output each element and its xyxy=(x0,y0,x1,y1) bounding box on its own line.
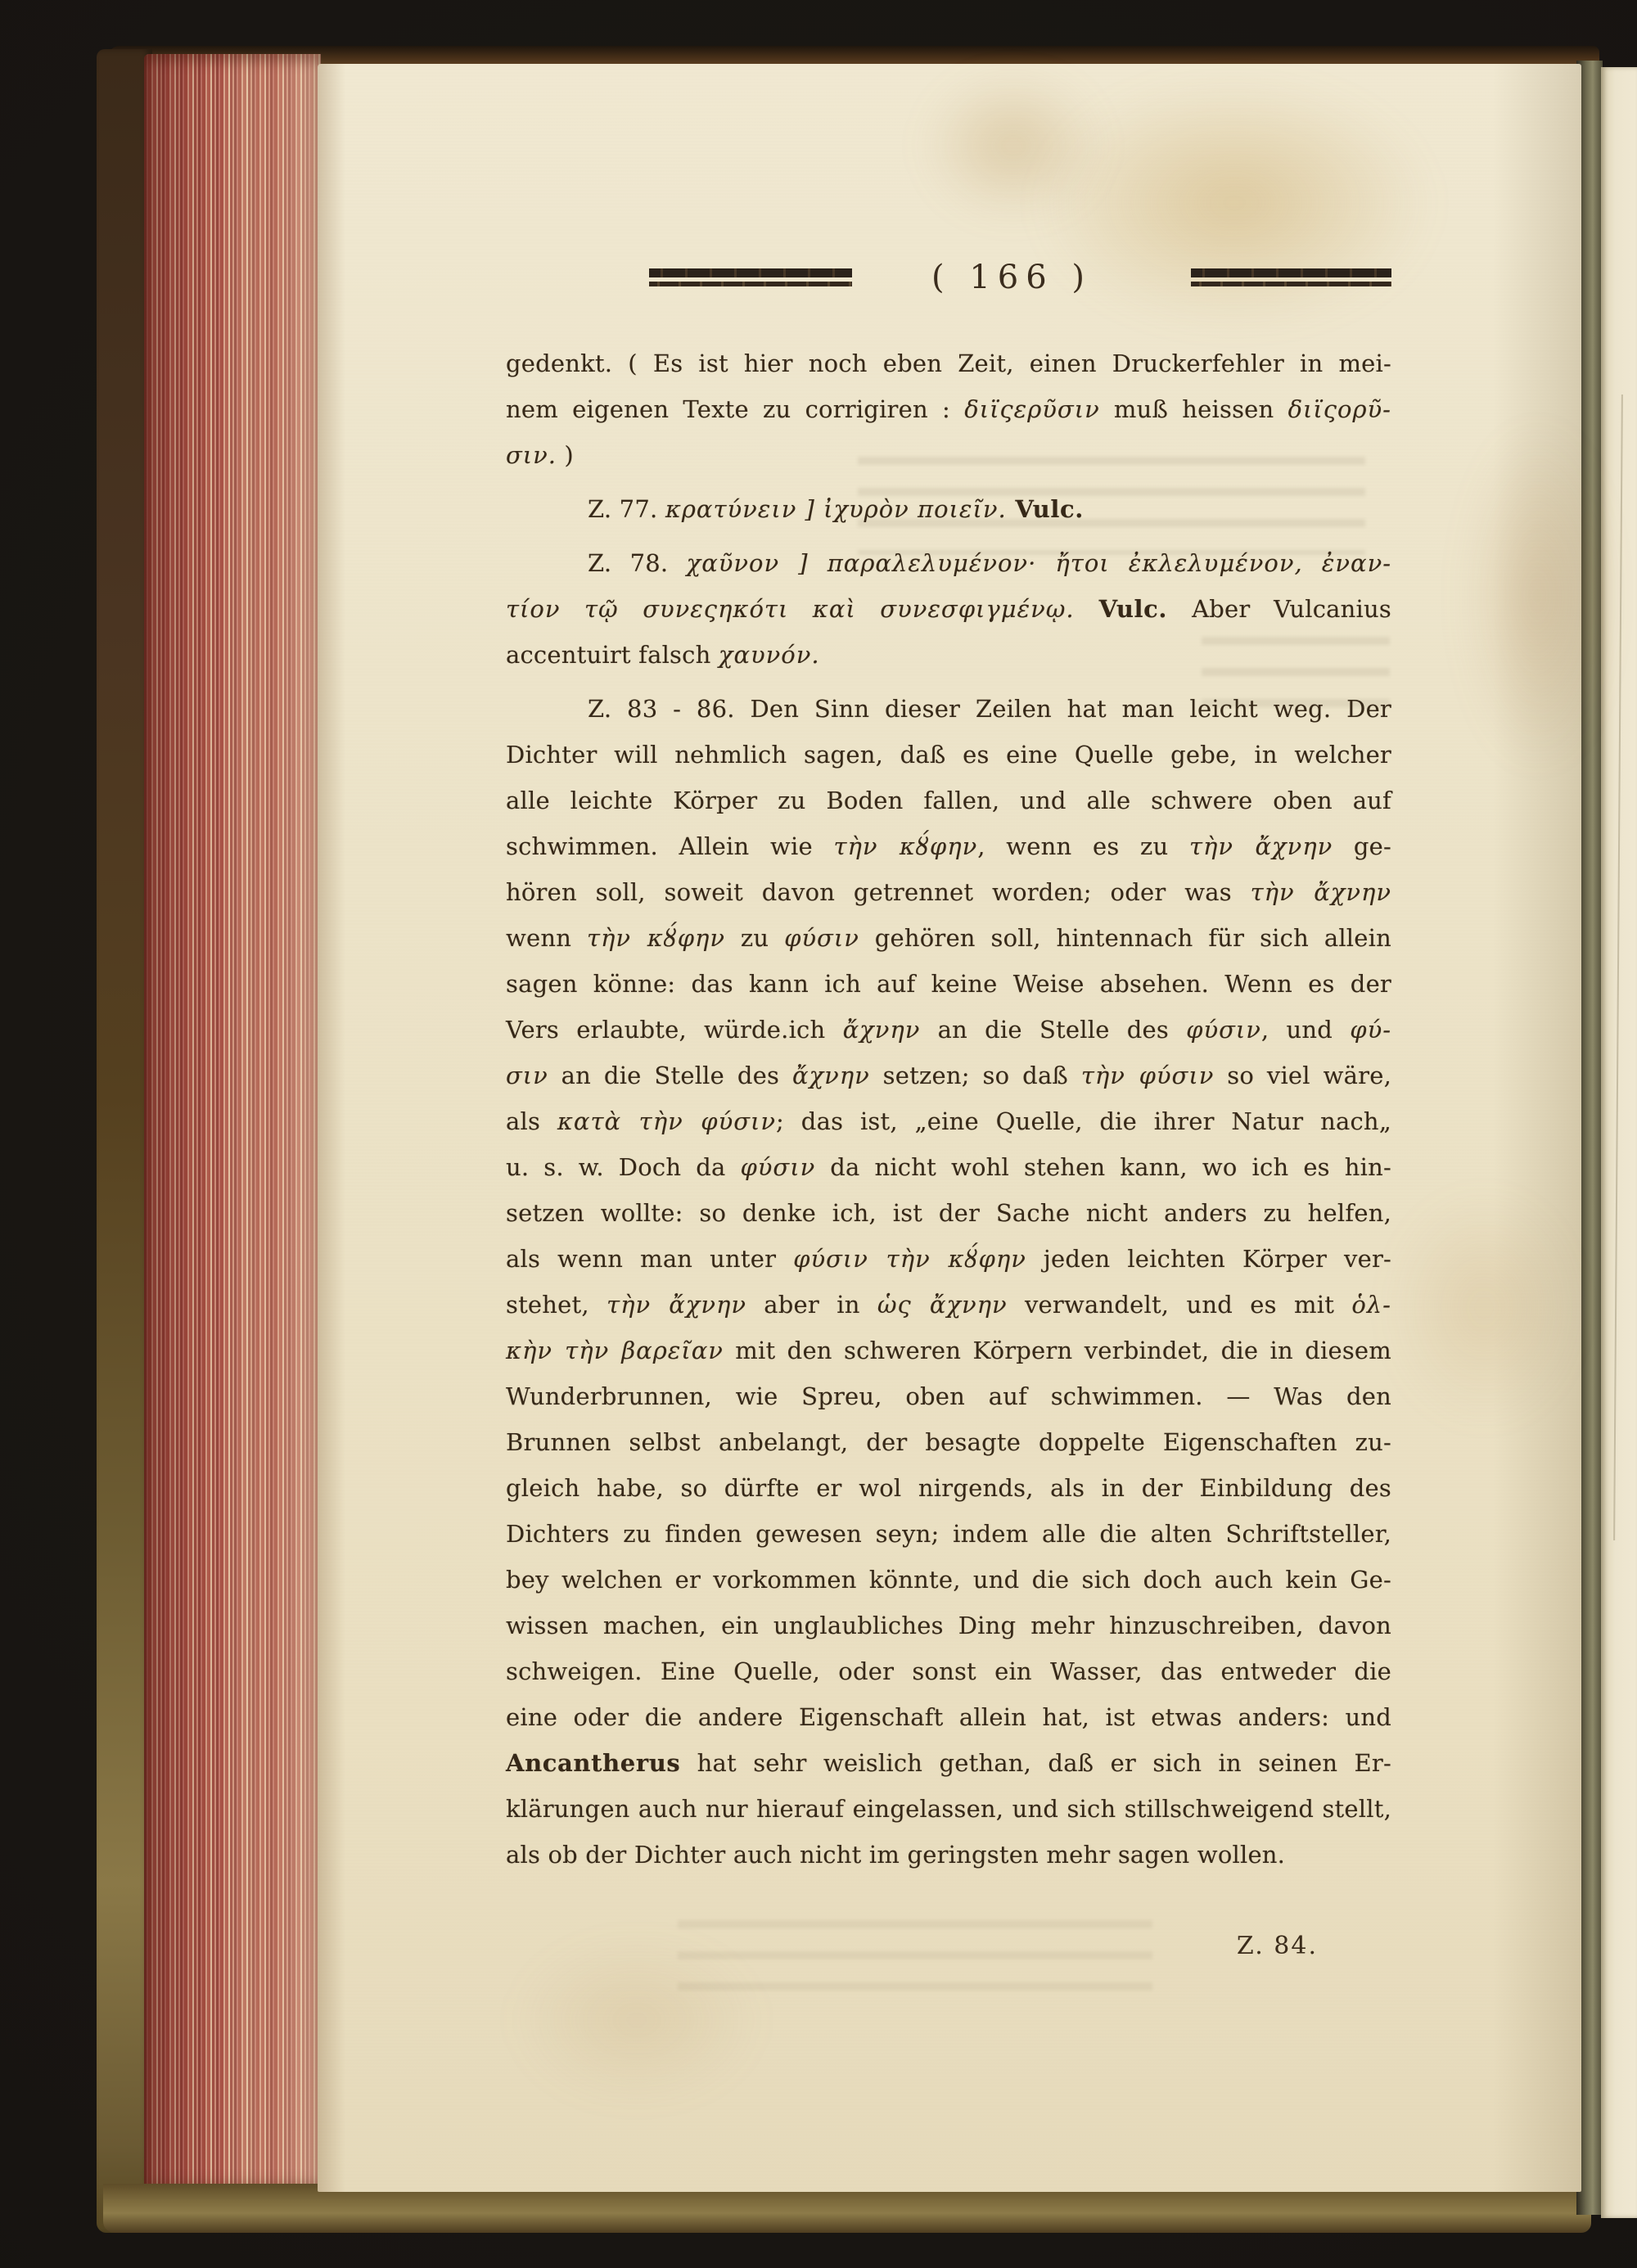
german-text: als wenn man unter xyxy=(506,1245,793,1273)
greek-text: τὴν κȣ́φην xyxy=(833,832,977,860)
german-text: so viel wäre, xyxy=(1214,1062,1391,1089)
greek-text: τίον τῷ συνεςηκότι καὶ συνεσφιγμένῳ. xyxy=(506,595,1075,623)
german-text: an die Stelle des xyxy=(920,1016,1186,1044)
red-sprinkled-fore-edge xyxy=(144,54,321,2195)
greek-text: κατὰ τὴν φύσιν xyxy=(557,1107,776,1135)
german-text: hat sehr weislich gethan, daß er sich in… xyxy=(680,1749,1391,1777)
german-text: schweigen. Eine Quelle, oder sonst ein W… xyxy=(506,1657,1391,1685)
text-line: alle leichte Körper zu Boden fallen, und… xyxy=(506,778,1391,823)
text-line: bey welchen er vorkommen könnte, und die… xyxy=(506,1557,1391,1603)
german-text: Vers erlaubte, würde.ich xyxy=(506,1016,843,1044)
book-page: ( 166 ) gedenkt. ( Es ist hier noch eben… xyxy=(318,64,1581,2192)
text-line: Z. 83 - 86. Den Sinn dieser Zeilen hat m… xyxy=(506,686,1391,732)
text-line: eine oder die andere Eigenschaft allein … xyxy=(506,1694,1391,1740)
greek-text: κὴν τὴν βαρεῖαν xyxy=(506,1337,724,1364)
text-line: τίον τῷ συνεςηκότι καὶ συνεσφιγμένῳ. Vul… xyxy=(506,586,1391,632)
german-text: gleich habe, so dürfte er wol nirgends, … xyxy=(506,1474,1391,1502)
greek-text: ὡς ἄχνην xyxy=(877,1291,1008,1319)
german-text: ; das ist, „eine Quelle, die ihrer Natur… xyxy=(776,1107,1391,1135)
emphasized-text: Vulc. xyxy=(1075,595,1192,623)
text-line: schweigen. Eine Quelle, oder sonst ein W… xyxy=(506,1648,1391,1694)
german-text: gedenkt. ( Es ist hier noch eben Zeit, e… xyxy=(506,349,1391,377)
catchword: Z. 84. xyxy=(1237,1932,1318,1960)
german-text: Z. 78. xyxy=(588,549,687,577)
paragraph: gedenkt. ( Es ist hier noch eben Zeit, e… xyxy=(506,340,1391,478)
text-line: Brunnen selbst anbelangt, der besagte do… xyxy=(506,1419,1391,1465)
text-line: σιν an die Stelle des ἄχνην setzen; so d… xyxy=(506,1053,1391,1098)
greek-text: τὴν ἄχνην xyxy=(1189,832,1333,860)
german-text: verwandelt, und es mit xyxy=(1008,1291,1352,1319)
greek-text: χαῦνον ] παραλελυμένον· ἤτοι ἐκλελυμένον… xyxy=(687,549,1391,577)
greek-text: σιν. xyxy=(506,441,557,469)
text-line: σιν. ) xyxy=(506,432,1391,478)
greek-text: φύσιν xyxy=(740,1153,815,1181)
german-text: eine oder die andere Eigenschaft allein … xyxy=(506,1703,1391,1731)
german-text: Z. 83 - 86. Den Sinn dieser Zeilen hat m… xyxy=(588,695,1391,723)
german-text: ) xyxy=(557,441,574,469)
text-line: klärungen auch nur hierauf eingelassen, … xyxy=(506,1786,1391,1832)
greek-text: φύσιν τὴν κȣ́φην xyxy=(793,1245,1026,1273)
german-text: , und xyxy=(1261,1016,1350,1044)
page-number: ( 166 ) xyxy=(905,259,1118,296)
german-text: zu xyxy=(725,924,784,952)
text-line: u. s. w. Doch da φύσιν da nicht wohl ste… xyxy=(506,1144,1391,1190)
text-line: als wenn man unter φύσιν τὴν κȣ́φην jede… xyxy=(506,1236,1391,1282)
text-line: wenn τὴν κȣ́φην zu φύσιν gehören soll, h… xyxy=(506,915,1391,961)
text-line: Dichter will nehmlich sagen, daß es eine… xyxy=(506,732,1391,778)
text-line: Wunderbrunnen, wie Spreu, oben auf schwi… xyxy=(506,1373,1391,1419)
text-line: wissen machen, ein unglaubliches Ding me… xyxy=(506,1603,1391,1648)
paragraph: Z. 77. κρατύνειν ] ἰχυρὸν ποιεῖν. Vulc. xyxy=(506,486,1391,532)
german-text: Dichter will nehmlich sagen, daß es eine… xyxy=(506,741,1391,769)
text-line: sagen könne: das kann ich auf keine Weis… xyxy=(506,961,1391,1007)
page-text: gedenkt. ( Es ist hier noch eben Zeit, e… xyxy=(506,340,1391,1878)
paper-crease xyxy=(1613,395,1623,1540)
greek-text: τὴν κȣ́φην xyxy=(587,924,725,952)
book-scan-photo: ( 166 ) gedenkt. ( Es ist hier noch eben… xyxy=(0,0,1637,2268)
text-line: schwimmen. Allein wie τὴν κȣ́φην, wenn e… xyxy=(506,823,1391,869)
greek-text: τὴν ἄχνην xyxy=(607,1291,746,1319)
german-text: stehet, xyxy=(506,1291,607,1319)
text-line: Ancantherus hat sehr weislich gethan, da… xyxy=(506,1740,1391,1786)
german-text: u. s. w. Doch da xyxy=(506,1153,740,1181)
text-line: Vers erlaubte, würde.ich ἄχνην an die St… xyxy=(506,1007,1391,1053)
emphasized-text: Vulc. xyxy=(1007,495,1084,523)
text-line: Z. 78. χαῦνον ] παραλελυμένον· ἤτοι ἐκλε… xyxy=(506,540,1391,586)
text-line: setzen wollte: so denke ich, ist der Sac… xyxy=(506,1190,1391,1236)
german-text: Brunnen selbst anbelangt, der besagte do… xyxy=(506,1428,1391,1456)
page-header: ( 166 ) xyxy=(506,262,1391,304)
german-text: ge- xyxy=(1333,832,1391,860)
greek-text: τὴν φύσιν xyxy=(1081,1062,1214,1089)
text-line: als κατὰ τὴν φύσιν; das ist, „eine Quell… xyxy=(506,1098,1391,1144)
german-text: , wenn es zu xyxy=(977,832,1189,860)
ornamental-rule-right xyxy=(1191,268,1391,288)
german-text: an die Stelle des xyxy=(548,1062,792,1089)
paragraph: Z. 83 - 86. Den Sinn dieser Zeilen hat m… xyxy=(506,686,1391,1878)
emphasized-text: Ancantherus xyxy=(506,1749,680,1777)
greek-text: ἄχνην xyxy=(792,1062,870,1089)
greek-text: διϊςερῦσιν xyxy=(964,395,1099,423)
german-text: bey welchen er vorkommen könnte, und die… xyxy=(506,1566,1391,1594)
greek-text: φύσιν xyxy=(784,924,859,952)
german-text: jeden leichten Körper ver- xyxy=(1026,1245,1391,1273)
next-page-edge xyxy=(1601,67,1637,2218)
german-text: hören soll, soweit davon getrennet worde… xyxy=(506,878,1251,906)
german-text: mit den schweren Körpern verbindet, die … xyxy=(724,1337,1391,1364)
text-line: als ob der Dichter auch nicht im gerings… xyxy=(506,1832,1391,1878)
german-text: schwimmen. Allein wie xyxy=(506,832,833,860)
paper-stain xyxy=(1463,424,1611,768)
paper-stain xyxy=(1390,1193,1578,1423)
greek-text: ὁλ- xyxy=(1351,1291,1391,1319)
ink-showthrough xyxy=(678,1920,1152,2010)
text-line: gedenkt. ( Es ist hier noch eben Zeit, e… xyxy=(506,340,1391,386)
greek-text: τὴν ἄχνην xyxy=(1251,878,1391,906)
german-text: als xyxy=(506,1107,557,1135)
greek-text: φύ- xyxy=(1350,1016,1391,1044)
german-text: Z. 77. xyxy=(588,495,665,523)
paragraph: Z. 78. χαῦνον ] παραλελυμένον· ἤτοι ἐκλε… xyxy=(506,540,1391,678)
text-line: Dichters zu finden gewesen seyn; indem a… xyxy=(506,1511,1391,1557)
ornamental-rule-left xyxy=(649,268,852,288)
text-line: accentuirt falsch χαυνόν. xyxy=(506,632,1391,678)
text-line: gleich habe, so dürfte er wol nirgends, … xyxy=(506,1465,1391,1511)
german-text: accentuirt falsch xyxy=(506,641,719,669)
greek-text: σιν xyxy=(506,1062,548,1089)
german-text: als ob der Dichter auch nicht im gerings… xyxy=(506,1841,1285,1869)
german-text: wissen machen, ein unglaubliches Ding me… xyxy=(506,1612,1391,1639)
german-text: nem eigenen Texte zu corrigiren : xyxy=(506,395,964,423)
german-text: klärungen auch nur hierauf eingelassen, … xyxy=(506,1795,1391,1823)
german-text: alle leichte Körper zu Boden fallen, und… xyxy=(506,787,1391,814)
german-text: Dichters zu finden gewesen seyn; indem a… xyxy=(506,1520,1391,1548)
text-line: stehet, τὴν ἄχνην aber in ὡς ἄχνην verwa… xyxy=(506,1282,1391,1328)
german-text: aber in xyxy=(746,1291,877,1319)
german-text: wenn xyxy=(506,924,587,952)
german-text: Wunderbrunnen, wie Spreu, oben auf schwi… xyxy=(506,1382,1391,1410)
text-line: Z. 77. κρατύνειν ] ἰχυρὸν ποιεῖν. Vulc. xyxy=(506,486,1391,532)
german-text: da nicht wohl stehen kann, wo ich es hin… xyxy=(815,1153,1391,1181)
greek-text: χαυνόν. xyxy=(719,641,820,669)
greek-text: φύσιν xyxy=(1186,1016,1261,1044)
text-line: nem eigenen Texte zu corrigiren : διϊςερ… xyxy=(506,386,1391,432)
greek-text: διϊςορῦ- xyxy=(1288,395,1391,423)
text-line: κὴν τὴν βαρεῖαν mit den schweren Körpern… xyxy=(506,1328,1391,1373)
german-text: Aber Vulcanius xyxy=(1192,595,1391,623)
paper-stain xyxy=(923,72,1103,219)
greek-text: κρατύνειν ] ἰχυρὸν ποιεῖν. xyxy=(665,495,1007,523)
german-text: sagen könne: das kann ich auf keine Weis… xyxy=(506,970,1391,998)
german-text: muß heissen xyxy=(1100,395,1288,423)
german-text: setzen wollte: so denke ich, ist der Sac… xyxy=(506,1199,1391,1227)
greek-text: ἄχνην xyxy=(843,1016,921,1044)
text-line: hören soll, soweit davon getrennet worde… xyxy=(506,869,1391,915)
german-text: setzen; so daß xyxy=(870,1062,1081,1089)
german-text: gehören soll, hintennach für sich allein xyxy=(859,924,1391,952)
